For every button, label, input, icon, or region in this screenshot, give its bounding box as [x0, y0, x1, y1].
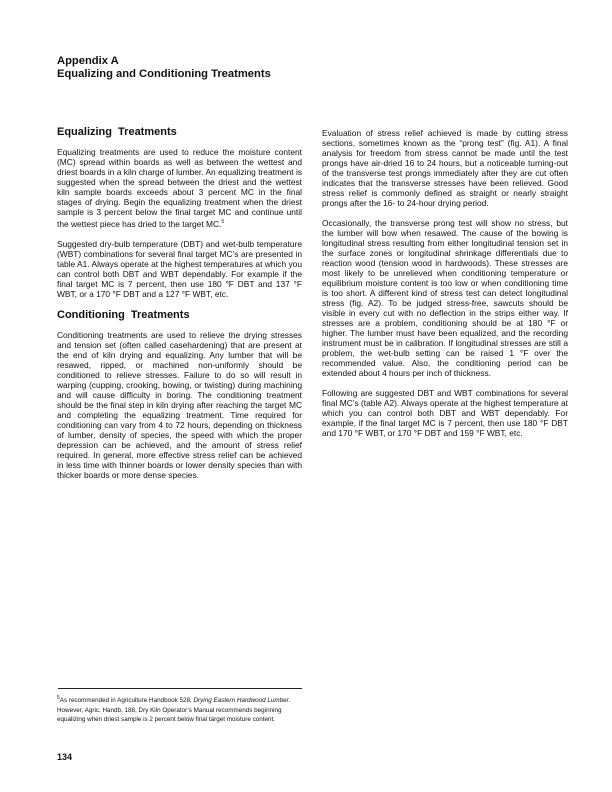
right-column: Evaluation of stress relief achieved is …	[322, 128, 568, 448]
footnote: 5As recommended in Agriculture Handbook …	[57, 694, 307, 725]
section-heading-equalizing: Equalizing Treatments	[57, 126, 302, 139]
page-number: 134	[57, 752, 72, 762]
footnote-reference: 5	[221, 219, 224, 225]
paragraph-text: Equalizing treatments are used to reduce…	[57, 147, 302, 229]
appendix-label: Appendix A	[57, 55, 271, 68]
page-title: Equalizing and Conditioning Treatments	[57, 68, 271, 81]
footnote-text: As recommended in Agriculture Handbook 5…	[60, 697, 194, 704]
paragraph: Evaluation of stress relief achieved is …	[322, 128, 568, 208]
section-heading-conditioning: Conditioning Treatments	[57, 309, 302, 322]
footnote-book-title: Drying Eastern Hardwood Lumber	[194, 697, 289, 704]
paragraph: Occasionally, the transverse prong test …	[322, 218, 568, 378]
paragraph: Suggested dry-bulb temperature (DBT) and…	[57, 239, 302, 299]
footnote-divider	[58, 688, 302, 689]
paragraph: Conditioning treatments are used to reli…	[57, 330, 302, 480]
paragraph: Equalizing treatments are used to reduce…	[57, 147, 302, 229]
left-column: Equalizing Treatments Equalizing treatme…	[57, 126, 302, 490]
paragraph: Following are suggested DBT and WBT comb…	[322, 388, 568, 438]
page-header: Appendix A Equalizing and Conditioning T…	[57, 55, 271, 81]
